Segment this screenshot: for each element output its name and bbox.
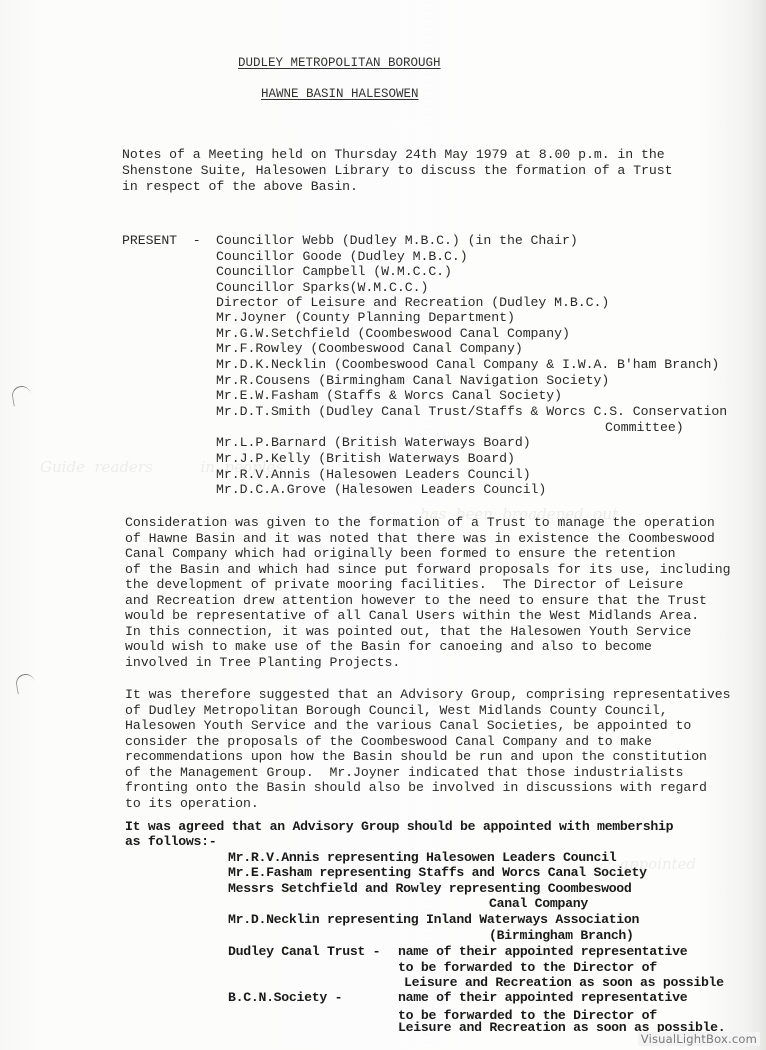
attendee: Mr.J.P.Kelly (British Waterways Board) [216, 451, 515, 467]
pending-note: name of their appointed representative [398, 990, 687, 1006]
watermark: VisualLightBox.com [638, 1032, 760, 1046]
member: Mr.D.Necklin representing Inland Waterwa… [228, 912, 639, 928]
member: Mr.R.V.Annis representing Halesowen Lead… [228, 850, 616, 866]
text-line: of Hawne Basin and it was noted that the… [125, 531, 715, 547]
attendee: Councillor Campbell (W.M.C.C.) [216, 264, 452, 280]
text-line: of the Management Group. Mr.Joyner indic… [125, 765, 683, 781]
attendee: Mr.R.Cousens (Birmingham Canal Navigatio… [216, 373, 609, 389]
pending-note: name of their appointed representative [398, 944, 687, 960]
body-name: Dudley Canal Trust - [228, 944, 380, 960]
attendee: Councillor Webb (Dudley M.B.C.) (in the … [216, 233, 578, 249]
member: Mr.E.Fasham representing Staffs and Worc… [228, 865, 647, 881]
attendee: Councillor Sparks(W.M.C.C.) [216, 280, 428, 296]
text-line: as follows:- [125, 834, 216, 850]
attendee: Mr.L.P.Barnard (British Waterways Board) [216, 435, 531, 451]
text-line: It was therefore suggested that an Advis… [125, 687, 731, 703]
text-line: In this connection, it was pointed out, … [125, 624, 691, 640]
attendee: Mr.F.Rowley (Coombeswood Canal Company) [216, 341, 523, 357]
text-line: Halesowen Youth Service and the various … [125, 718, 691, 734]
text-line: and Recreation drew attention however to… [125, 593, 707, 609]
text-line: Notes of a Meeting held on Thursday 24th… [122, 147, 665, 163]
text-line: Shenstone Suite, Halesowen Library to di… [122, 163, 672, 179]
text-line: Canal Company which had originally been … [125, 546, 675, 562]
attendee: Councillor Goode (Dudley M.B.C.) [216, 249, 468, 265]
text-line: recommendations upon how the Basin shoul… [125, 749, 707, 765]
text-line: in respect of the above Basin. [122, 179, 358, 195]
present-label: PRESENT - [122, 233, 201, 249]
punch-hole-mark [10, 384, 32, 406]
text-line: It was agreed that an Advisory Group sho… [125, 819, 673, 835]
text-line: involved in Tree Planting Projects. [125, 655, 400, 671]
member-continuation: (Birmingham Branch) [489, 928, 634, 944]
text-line: the development of private mooring facil… [125, 577, 683, 593]
text-line: consider the proposals of the Coombeswoo… [125, 734, 652, 750]
text-line: Consideration was given to the formation… [125, 515, 715, 531]
attendee: Mr.R.V.Annis (Halesowen Leaders Council) [216, 467, 531, 483]
punch-hole-mark [14, 672, 36, 694]
page-edge-shadow [748, 0, 766, 1050]
text-line: of Dudley Metropolitan Borough Council, … [125, 703, 668, 719]
text-line: of the Basin and which had since put for… [125, 562, 731, 578]
attendee: Mr.D.C.A.Grove (Halesowen Leaders Counci… [216, 482, 546, 498]
document-page: Guide readers in peoples has been broade… [0, 0, 766, 1050]
text-line: would wish to make use of the Basin for … [125, 639, 652, 655]
attendee: Director of Leisure and Recreation (Dudl… [216, 295, 609, 311]
attendee: Mr.G.W.Setchfield (Coombeswood Canal Com… [216, 326, 570, 342]
text-line: to its operation. [125, 796, 259, 812]
member: Messrs Setchfield and Rowley representin… [228, 881, 632, 897]
attendee: Mr.D.T.Smith (Dudley Canal Trust/Staffs … [216, 404, 727, 420]
attendee-continuation: Committee) [605, 420, 684, 436]
attendee: Mr.E.W.Fasham (Staffs & Worcs Canal Soci… [216, 388, 562, 404]
attendee: Mr.D.K.Necklin (Coombeswood Canal Compan… [216, 357, 719, 373]
document-title: DUDLEY METROPOLITAN BOROUGH [238, 56, 441, 70]
attendee: Mr.Joyner (County Planning Department) [216, 310, 515, 326]
pending-note: Leisure and Recreation as soon as possib… [404, 975, 724, 991]
body-name: B.C.N.Society - [228, 990, 342, 1006]
text-line: would be representative of all Canal Use… [125, 608, 699, 624]
text-line: fronting onto the Basin should also be i… [125, 780, 707, 796]
pending-note: to be forwarded to the Director of [398, 960, 657, 976]
member-continuation: Canal Company [489, 896, 588, 912]
document-subtitle: HAWNE BASIN HALESOWEN [261, 87, 419, 101]
